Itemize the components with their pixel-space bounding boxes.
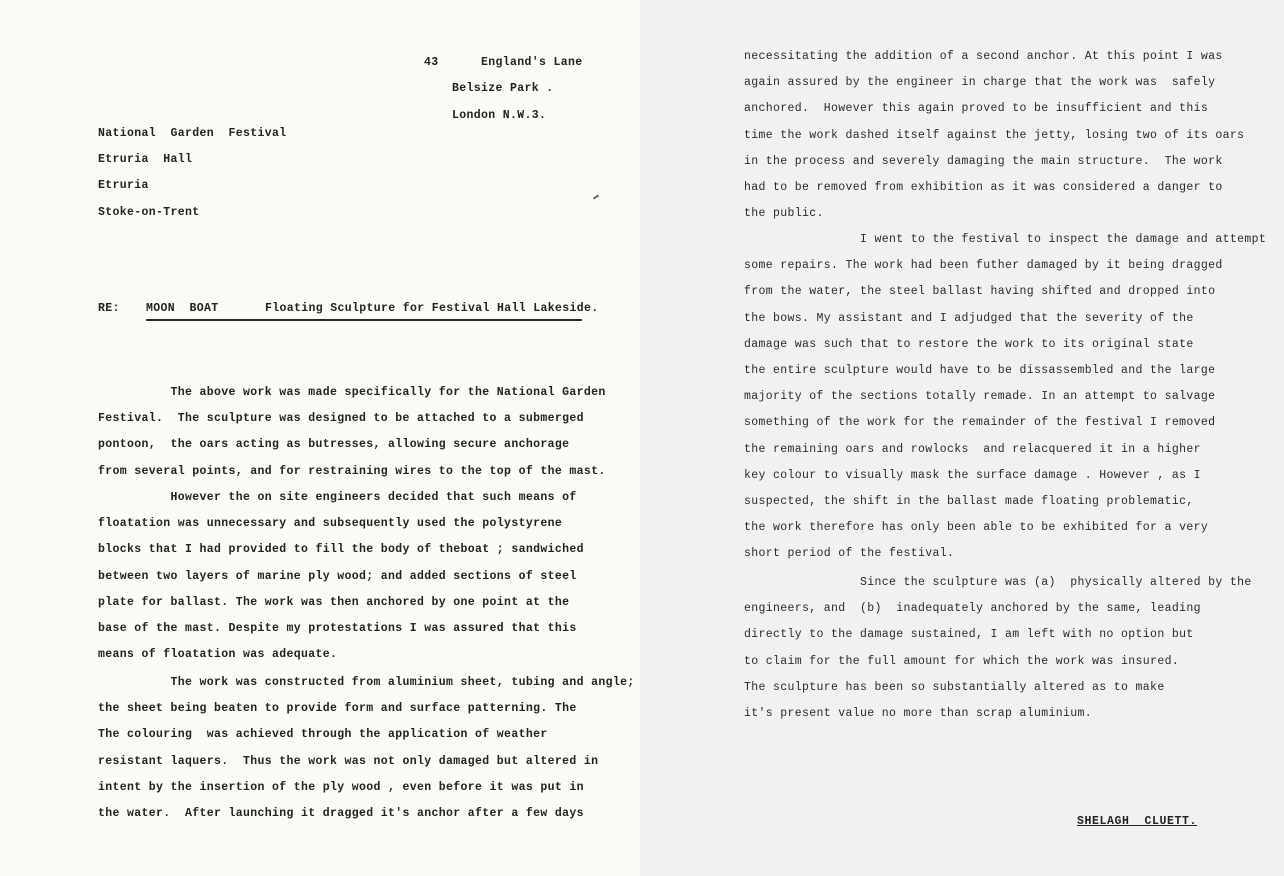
paragraph-1: The above work was made specifically for…: [98, 380, 606, 485]
recipient-line-3: Etruria: [98, 179, 149, 192]
subject-re-label: RE:: [98, 296, 120, 322]
recipient-line-4: Stoke-on-Trent: [98, 206, 200, 219]
recipient-address: National Garden Festival Etruria Hall Et…: [98, 121, 287, 226]
paragraph-5: I went to the festival to inspect the da…: [744, 227, 1266, 568]
sender-address: 43England's Lane Belsize Park . London N…: [452, 24, 583, 129]
letter-page-1: 43England's Lane Belsize Park . London N…: [0, 0, 640, 876]
sender-house-number: 43: [424, 50, 439, 76]
subject-underline: [146, 319, 582, 321]
sender-address-line-1: England's Lane: [481, 56, 583, 69]
paragraph-2: However the on site engineers decided th…: [98, 485, 584, 668]
paragraph-3: The work was constructed from aluminium …: [98, 670, 635, 827]
paper-mark: [593, 194, 599, 199]
paragraph-4: necessitating the addition of a second a…: [744, 44, 1244, 227]
recipient-line-1: National Garden Festival: [98, 127, 287, 140]
letter-page-2: necessitating the addition of a second a…: [640, 0, 1284, 876]
signature: SHELAGH CLUETT.: [1077, 815, 1197, 828]
sender-address-line-3: London N.W.3.: [452, 109, 546, 122]
sender-address-line-2: Belsize Park .: [452, 82, 554, 95]
recipient-line-2: Etruria Hall: [98, 153, 192, 166]
paragraph-6: Since the sculpture was (a) physically a…: [744, 570, 1252, 727]
